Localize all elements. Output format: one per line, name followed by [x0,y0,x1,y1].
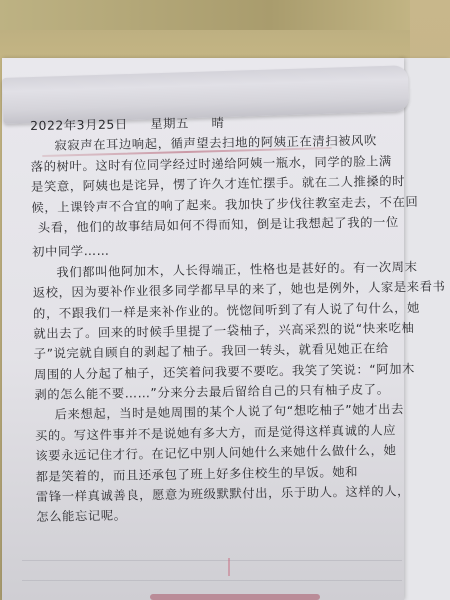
diary-weather: 晴 [211,116,224,130]
ruled-line [22,580,402,581]
diary-weekday: 星期五 [150,117,189,132]
ruled-line [22,560,402,561]
red-ink-mark [228,558,230,576]
diary-date: 2022年3月25日 [30,117,128,133]
photo-scene: 2022年3月25日 星期五 晴 寂寂声在耳边响起，循声望去扫地的阿姨正在清扫被… [0,0,450,600]
desk-background [0,0,450,30]
handwritten-diary-entry: 2022年3月25日 星期五 晴 寂寂声在耳边响起，循声望去扫地的阿姨正在清扫被… [30,110,398,527]
red-object-edge [150,594,320,600]
diary-line: 头看，他们的故事结局如何不得而知，倒是让我想起了我的一位 [32,212,394,238]
